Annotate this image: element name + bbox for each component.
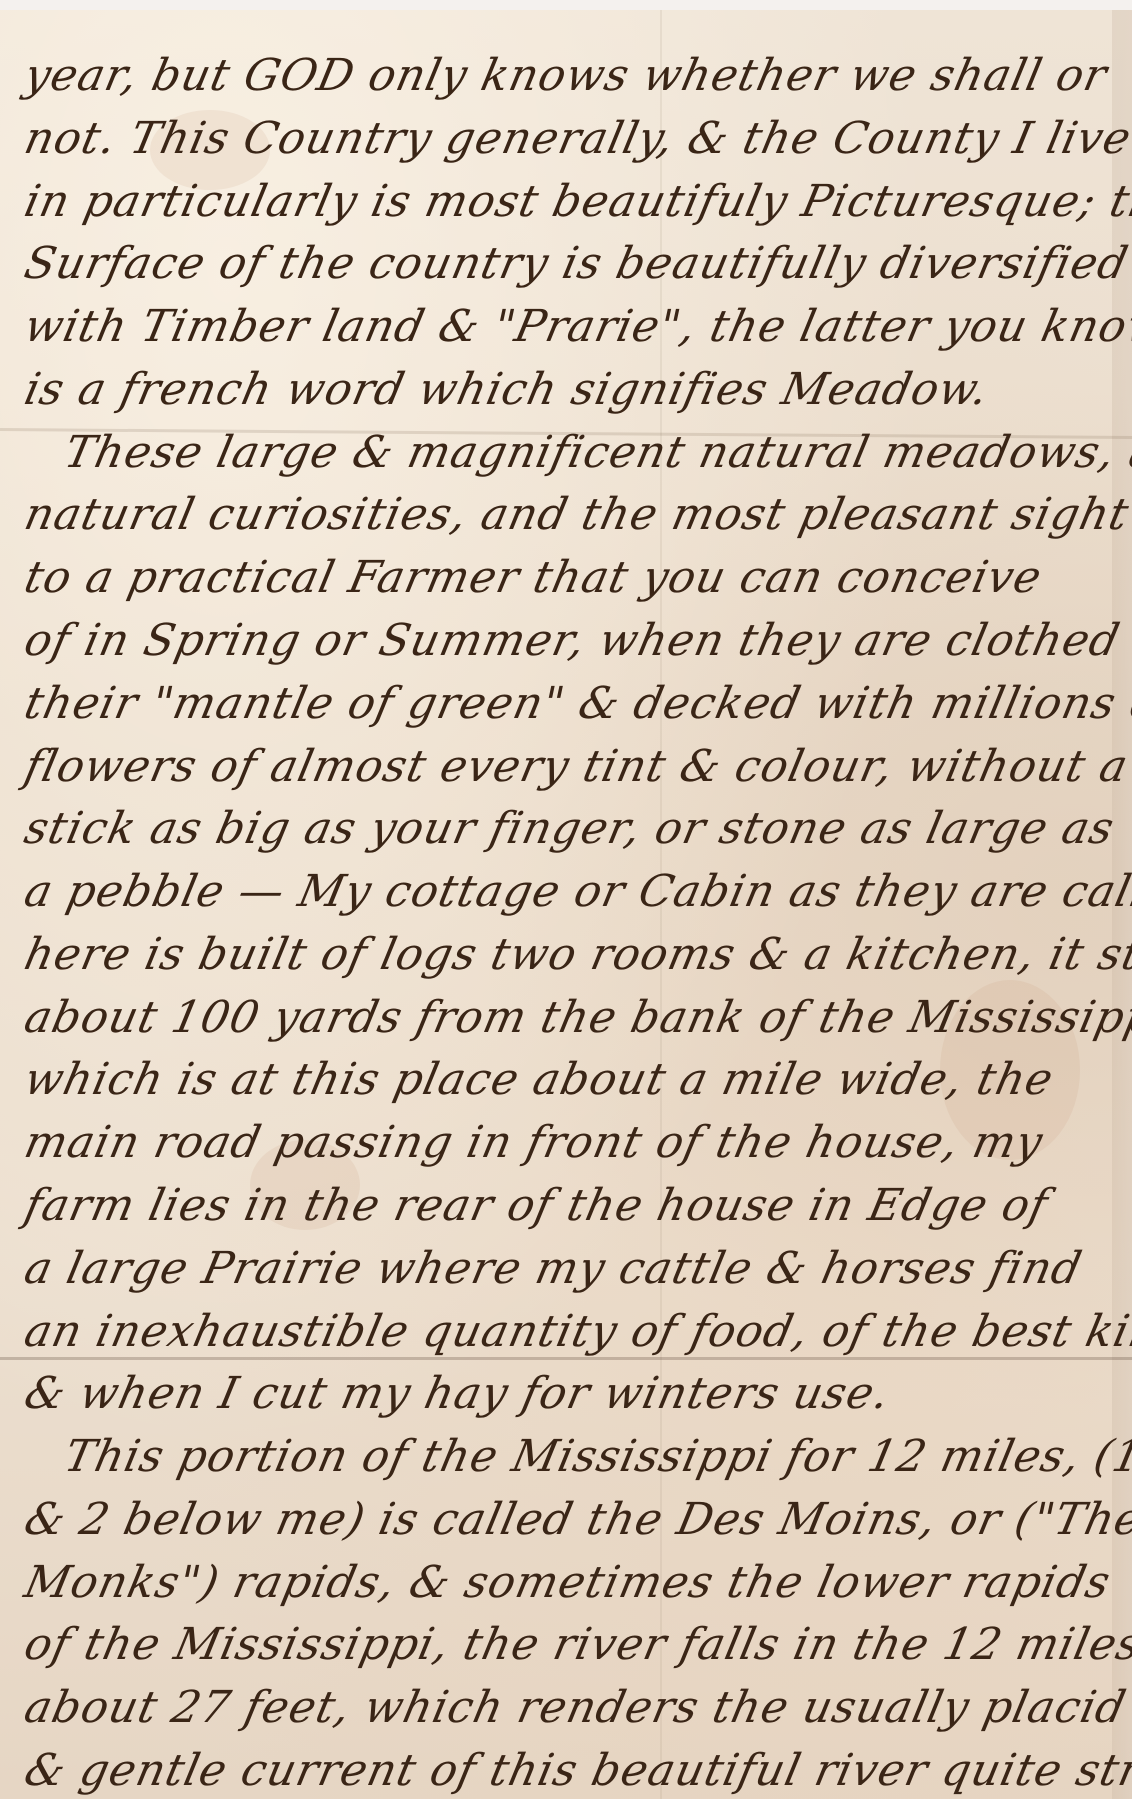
letter-line: of in Spring or Summer, when they are cl… <box>20 615 1132 666</box>
letter-line: natural curiosities, and the most pleasa… <box>20 489 1132 540</box>
letter-line: a pebble — My cottage or Cabin as they a… <box>20 866 1132 917</box>
letter-line: their "mantle of green" & decked with mi… <box>20 678 1132 729</box>
letter-line: stick as big as your finger, or stone as… <box>20 803 1119 854</box>
letter-line: Surface of the country is beautifully di… <box>20 238 1132 289</box>
scan-top-border <box>0 0 1132 10</box>
letter-page: year, but GOD only knows whether we shal… <box>0 0 1132 1799</box>
letter-line: here is built of logs two rooms & a kitc… <box>20 929 1132 980</box>
letter-line: of the Mississippi, the river falls in t… <box>20 1619 1132 1670</box>
letter-line: to a practical Farmer that you can conce… <box>20 552 1046 603</box>
letter-line: main road passing in front of the house,… <box>20 1117 1048 1168</box>
letter-line: This portion of the Mississippi for 12 m… <box>20 1431 1132 1482</box>
letter-line: year, but GOD only knows whether we shal… <box>20 50 1112 101</box>
letter-line: These large & magnificent natural meadow… <box>20 427 1132 478</box>
letter-line: farm lies in the rear of the house in Ed… <box>20 1180 1053 1231</box>
letter-line: an inexhaustible quantity of food, of th… <box>20 1306 1132 1357</box>
lower-fold-crease <box>0 1357 1132 1360</box>
letter-line: is a french word which signifies Meadow. <box>20 364 993 415</box>
letter-line: Monks") rapids, & sometimes the lower ra… <box>20 1557 1115 1608</box>
letter-line: not. This Country generally, & the Count… <box>20 113 1132 164</box>
letter-line: & 2 below me) is called the Des Moins, o… <box>20 1494 1132 1545</box>
letter-line: in particularly is most beautifuly Pictu… <box>20 176 1132 227</box>
letter-line: a large Prairie where my cattle & horses… <box>20 1243 1087 1294</box>
letter-line: flowers of almost every tint & colour, w… <box>20 741 1132 792</box>
letter-line: which is at this place about a mile wide… <box>20 1054 1058 1105</box>
letter-line: & gentle current of this beautiful river… <box>20 1745 1132 1796</box>
letter-line: with Timber land & "Prarie", the latter … <box>20 301 1132 352</box>
letter-line: about 100 yards from the bank of the Mis… <box>20 992 1132 1043</box>
letter-line: & when I cut my hay for winters use. <box>20 1368 894 1419</box>
letter-line: about 27 feet, which renders the usually… <box>20 1682 1131 1733</box>
